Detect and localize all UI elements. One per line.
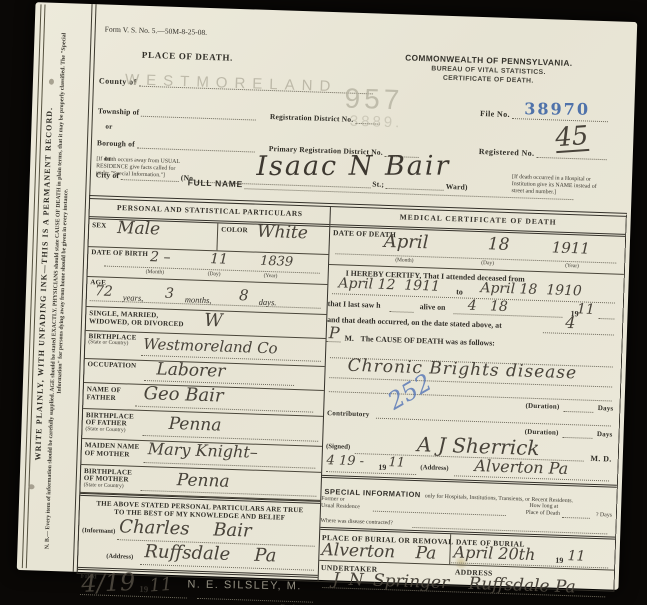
informant-label: (Informant) — [82, 527, 115, 535]
color-value: White — [257, 222, 308, 244]
commonwealth-heading-block: COMMONWEALTH OF PENNSYLVANIA. BUREAU OF … — [373, 51, 604, 87]
sex-value: Male — [117, 218, 161, 239]
last-saw-label: that I last saw h — [328, 299, 381, 310]
signed-year-printed: 19 — [378, 463, 386, 472]
dotted-line — [453, 313, 562, 318]
dotted-line — [326, 341, 340, 342]
dob-day-value: 11 — [210, 251, 228, 268]
form-number: Form V. S. No. 5.—50M-8-25-08. — [105, 24, 208, 36]
m-label: M. — [344, 334, 354, 343]
registered-no-row: Registered No. — [479, 147, 609, 160]
how-long-days-label: ? Days — [596, 512, 612, 520]
mother-bp-state-caption: (State or Country) — [83, 482, 123, 489]
dotted-line — [376, 418, 611, 427]
registered-no-label: Registered No. — [479, 147, 535, 158]
last-saw-year-written: 11 — [577, 301, 595, 318]
signed-year-written: 11 — [388, 455, 405, 471]
cause-block: Chronic Brights disease (Duration) Days … — [324, 349, 621, 417]
duration-label-1: (Duration) — [525, 402, 559, 411]
death-certificate-sheet: WRITE PLAINLY, WITH UNFADING INK—THIS IS… — [17, 2, 638, 590]
file-no-value-stamp: 38970 — [524, 99, 590, 118]
dotted-line — [373, 511, 506, 516]
dotted-line — [536, 155, 606, 160]
signed-date-value: 4 19 - — [326, 453, 364, 469]
burial-year-printed: 19 — [555, 556, 563, 565]
particulars-table: PERSONAL AND STATISTICAL PARTICULARS SEX… — [77, 195, 627, 592]
dotted-line — [137, 146, 255, 153]
dotted-line — [390, 311, 414, 313]
dotted-line — [329, 391, 612, 401]
burial-date-value: April 20th — [453, 542, 535, 564]
dotted-line — [562, 517, 590, 519]
duration-days-label-2: Days — [597, 430, 613, 439]
township-row: Township of — [98, 106, 258, 120]
undertaker-value: J N Springer — [332, 569, 449, 593]
mother-value: Mary Knight– — [148, 439, 259, 462]
dotted-line — [197, 598, 313, 603]
to-label: to — [456, 287, 463, 296]
township-label: Township of — [98, 106, 140, 116]
occupation-value: Laborer — [156, 359, 225, 381]
full-name-value: Isaac N Bair — [256, 151, 450, 182]
burial-place-state: Pa — [415, 543, 436, 564]
informant-address-label: (Address) — [106, 553, 133, 561]
special-header-line: SPECIAL INFORMATION only for Hospitals, … — [324, 481, 613, 509]
undertaker-address-value: Ruffsdale Pa — [468, 574, 576, 598]
burial-place-value: Alverton — [321, 540, 395, 562]
medical-column: MEDICAL CERTIFICATE OF DEATH DATE OF DEA… — [319, 207, 626, 591]
sex-cell: SEX Male — [89, 219, 219, 250]
filed-date-value: 4/19 — [81, 568, 136, 598]
informant-address-state: Pa — [254, 545, 277, 567]
dob-year-value: 1839 — [260, 254, 294, 270]
burial-date-cell: DATE OF BURIAL April 20th 19 11 — [449, 534, 615, 569]
father-bp-state-caption: (State or Country) — [85, 426, 125, 433]
dob-month-value: 2 – — [150, 249, 171, 266]
full-name-label: FULL NAME — [188, 177, 244, 189]
cause-of-death-label: The CAUSE OF DEATH was as follows: — [360, 334, 495, 347]
death-occurred-label: and that death occurred, on the date sta… — [327, 315, 502, 330]
duration-days-label-1: Days — [598, 404, 614, 413]
file-no-label: File No. — [480, 109, 510, 119]
marital-value: W — [204, 310, 223, 332]
sex-label: SEX — [92, 221, 106, 229]
day-caption: (Day) — [208, 271, 221, 277]
death-hour-value: 4 — [565, 313, 576, 332]
color-cell: COLOR White — [216, 223, 329, 254]
dotted-line — [326, 471, 416, 475]
md-label: M. D. — [590, 454, 612, 464]
contracted-label: Where was disease contracted? — [320, 518, 392, 528]
birthplace-value: Westmoreland Co — [143, 335, 278, 357]
certification-block: I HEREBY CERTIFY, That I attended deceas… — [326, 265, 624, 359]
father-bp-value: Penna — [168, 414, 221, 436]
informant-value: Charles Bair — [119, 516, 252, 541]
informant-address-value: Ruffsdale — [144, 541, 230, 565]
age-days-value: 8 — [239, 286, 249, 304]
father-value: Geo Bair — [143, 383, 224, 407]
dod-month-caption: (Month) — [395, 257, 414, 264]
filed-year-written: 11 — [149, 574, 173, 597]
usual-residence-note: [If death occurs away from USUAL RESIDEN… — [96, 156, 183, 181]
color-label: COLOR — [221, 225, 248, 234]
photo-background: { "margin": { "line1": "WRITE PLAINLY, W… — [0, 0, 647, 605]
borough-row: Borough of — [97, 138, 257, 152]
burial-year-written: 11 — [567, 548, 585, 565]
how-long-label-2: Place of Death — [526, 510, 560, 518]
occupation-label: OCCUPATION — [87, 360, 136, 370]
dod-month-value: April — [383, 231, 428, 253]
dotted-line — [562, 437, 592, 439]
attended-from-value: April 12 1911 — [338, 275, 440, 294]
dotted-line — [543, 332, 614, 335]
month-caption: (Month) — [146, 269, 165, 276]
county-stamp: WESTMORELAND — [125, 71, 338, 95]
months-label: months, — [185, 294, 212, 305]
personal-column: PERSONAL AND STATISTICAL PARTICULARS SEX… — [78, 199, 331, 581]
ampm-written: P — [328, 323, 339, 342]
contributory-label: Contributory — [327, 409, 370, 418]
dod-day-value: 18 — [487, 234, 509, 255]
dotted-line — [598, 318, 614, 320]
dod-day-caption: (Day) — [481, 260, 494, 266]
mother-label-2: OF MOTHER — [85, 449, 130, 458]
last-saw-value: 4 18 — [467, 298, 508, 315]
district-number-faint-stamp: 3889. — [350, 113, 403, 132]
physician-address-label: (Address) — [420, 464, 448, 472]
dotted-line — [245, 186, 574, 200]
father-label-2: FATHER — [86, 393, 116, 402]
filed-year-printed: 19 — [139, 584, 148, 594]
birthplace-state-caption: (State or Country) — [88, 339, 128, 346]
registered-no-value: 45 — [554, 123, 589, 153]
mother-bp-value: Penna — [176, 470, 229, 492]
days-label: days. — [259, 297, 277, 308]
signed-label: (Signed) — [326, 443, 350, 451]
or-word-1: or — [105, 123, 112, 131]
age-years-value: 72 — [95, 283, 113, 300]
registrar-stamp: N. E. SILSLEY, M. — [187, 579, 302, 593]
registration-district-label: Registration District No. — [270, 112, 354, 124]
alive-on-label: alive on — [420, 302, 446, 312]
dod-year-value: 1911 — [551, 238, 590, 257]
year-caption: (Year) — [264, 273, 278, 279]
borough-label: Borough of — [97, 138, 135, 148]
dod-year-caption: (Year) — [565, 263, 579, 269]
dotted-line — [141, 114, 256, 121]
marital-label-2: WIDOWED, OR DIVORCED — [89, 317, 184, 328]
burial-place-cell: PLACE OF BURIAL OR REMOVAL Alverton Pa — [319, 530, 451, 564]
district-number-stamp: 957 — [344, 82, 404, 116]
physician-address-value: Alverton Pa — [474, 456, 568, 478]
former-label-2: Usual Residence — [321, 503, 360, 512]
age-months-value: 3 — [165, 286, 174, 302]
dotted-line — [563, 411, 593, 413]
attended-to-value: April 18 1910 — [480, 280, 582, 299]
place-of-death-heading: PLACE OF DEATH. — [142, 50, 234, 63]
years-label: years, — [123, 292, 144, 303]
dob-label: DATE OF BIRTH — [91, 248, 148, 258]
